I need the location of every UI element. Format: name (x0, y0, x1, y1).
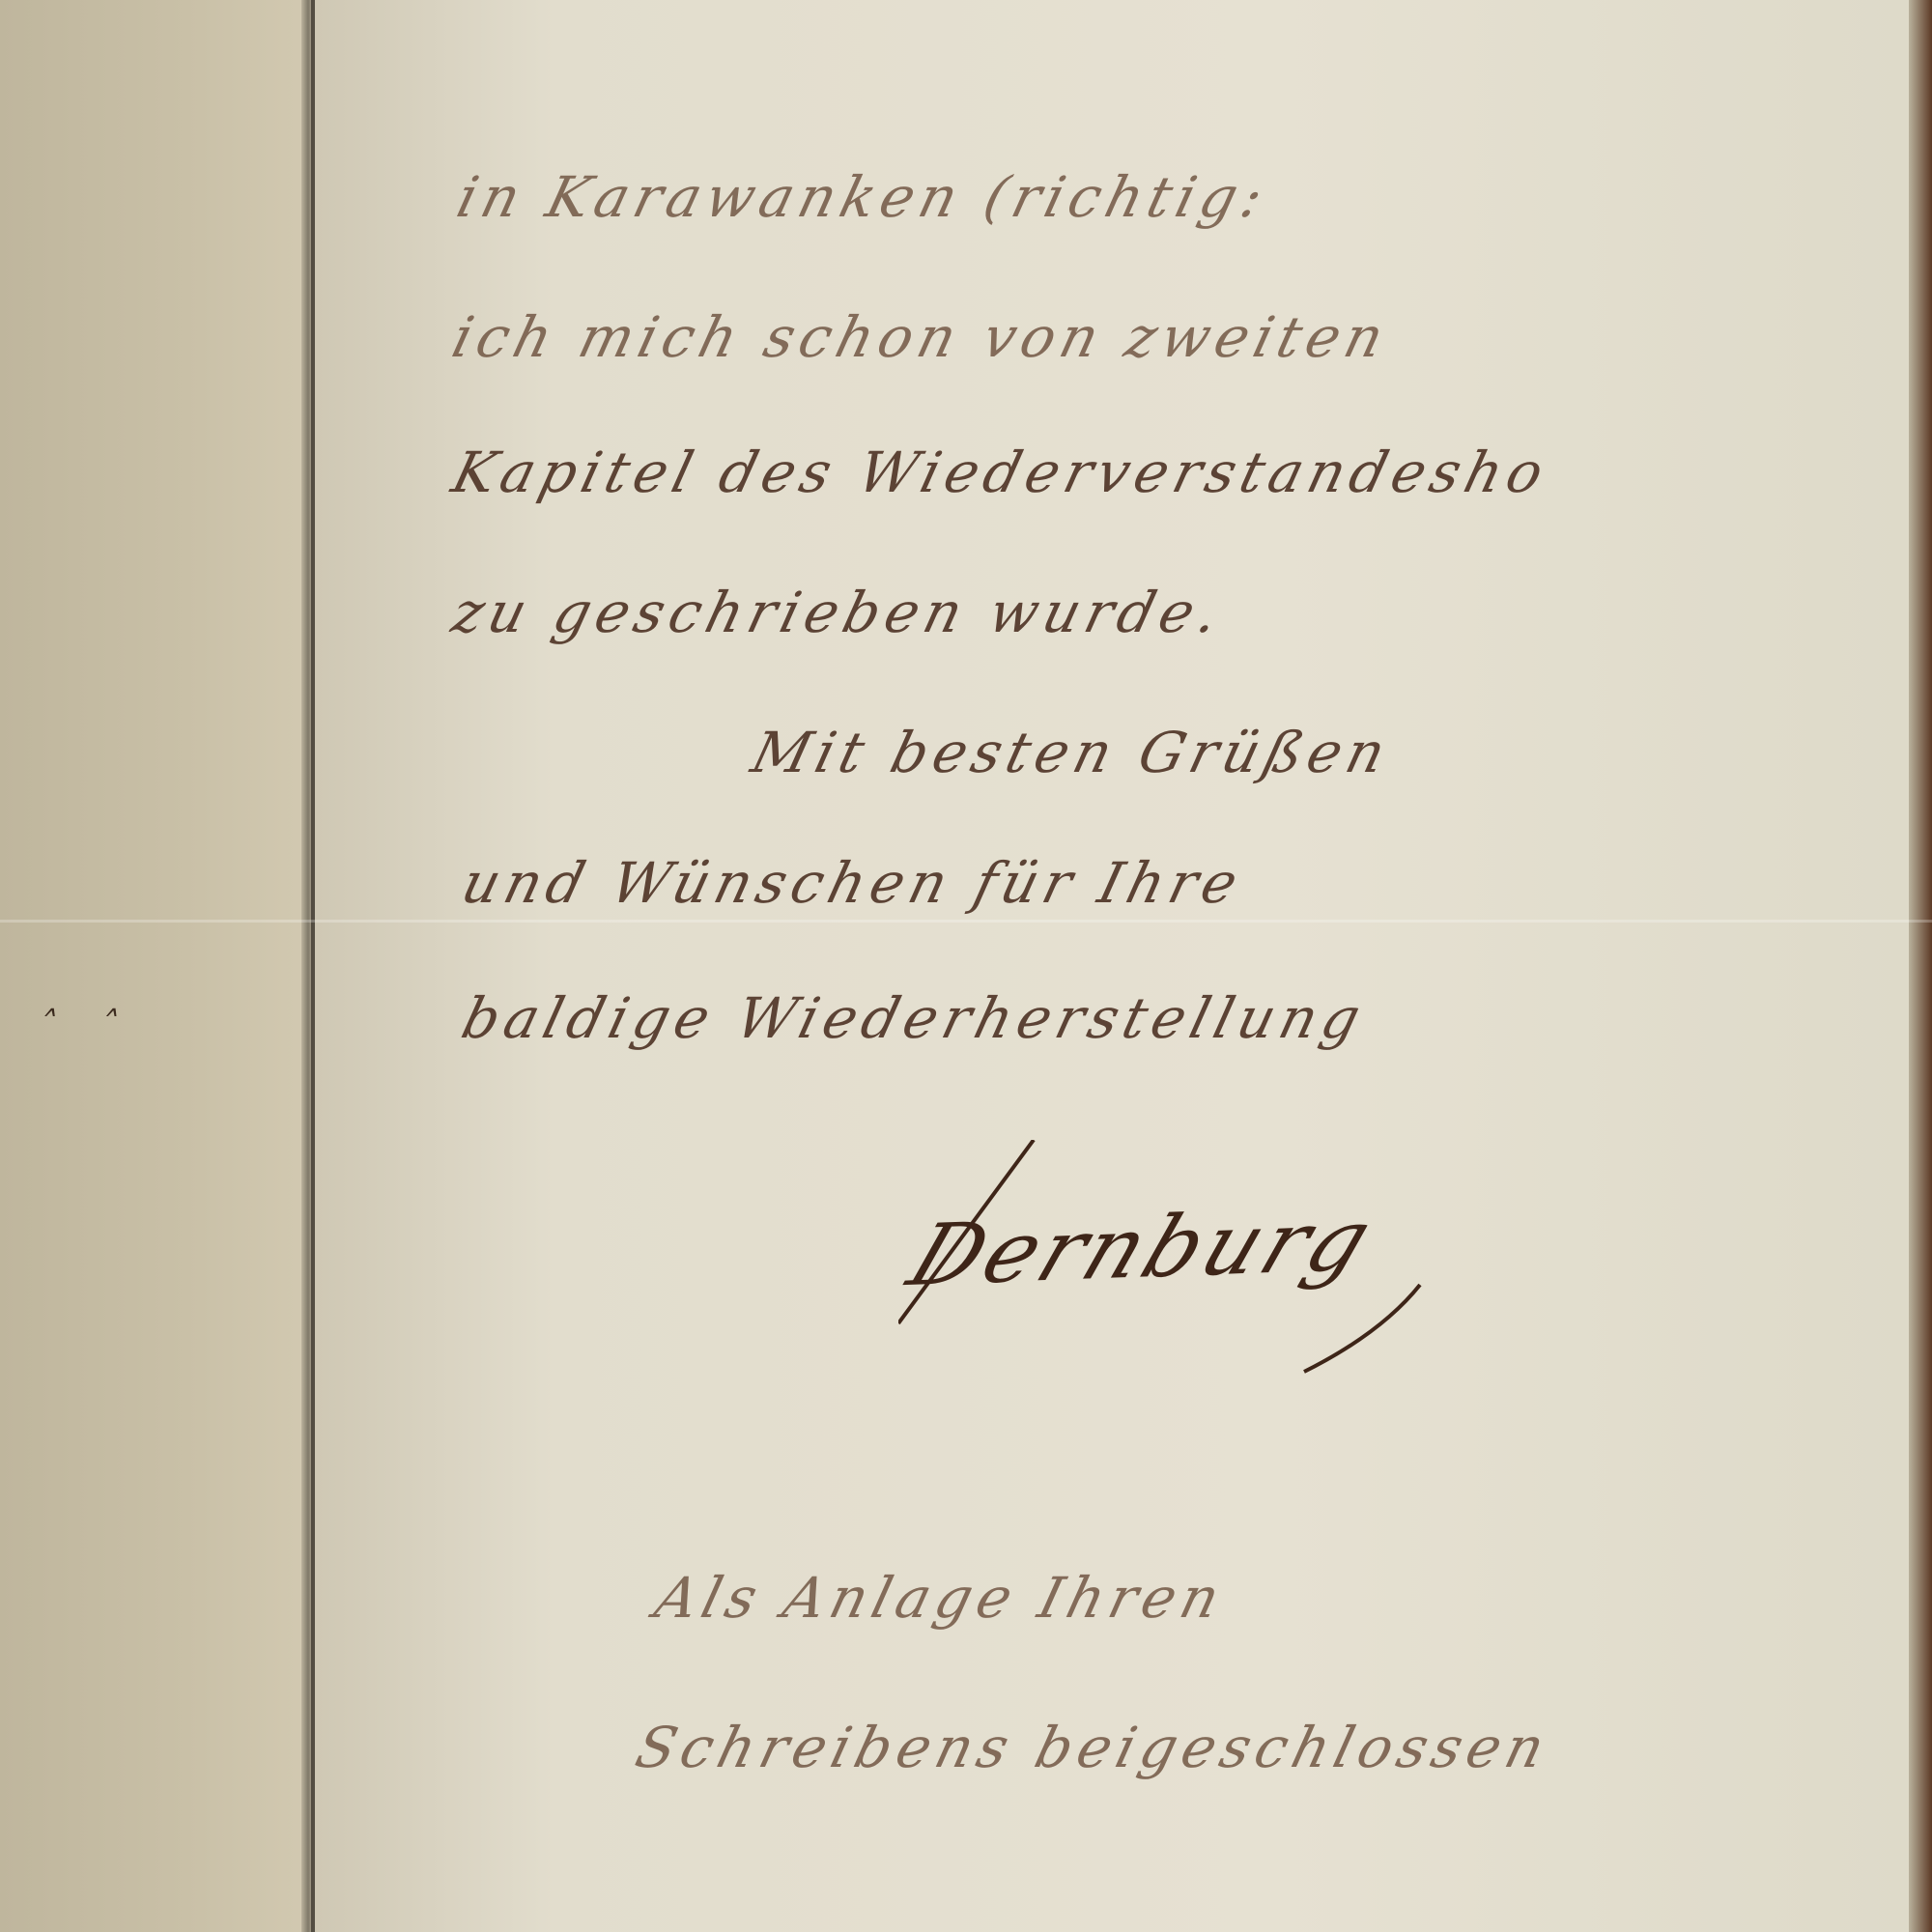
letter-line-4: zu geschrieben wurde. (446, 580, 1232, 645)
postscript-line-2: Schreibens beigeschlossen (630, 1715, 1557, 1780)
letter-page (315, 0, 1909, 1932)
letter-line-1: in Karawanken (richtig: (451, 164, 1276, 230)
letter-line-3: Kapitel des Wiederverstandesho (446, 440, 1556, 505)
fold-crease (0, 920, 1932, 923)
closing-line-1: Mit besten Grüßen (746, 720, 1398, 785)
ink-bleed-marks: ˄ ˄ (32, 1005, 141, 1043)
postscript-line-1: Als Anlage Ihren (649, 1565, 1233, 1631)
left-page: ˄ ˄ (0, 0, 311, 1932)
letter-line-2: ich mich schon von zweiten (446, 304, 1396, 370)
closing-line-2: und Wünschen für Ihre (456, 850, 1250, 916)
signature-flourish-icon (898, 1140, 1439, 1391)
book-gutter (301, 0, 315, 1932)
closing-line-3: baldige Wiederherstellung (456, 985, 1373, 1051)
page-edge (1909, 0, 1932, 1932)
